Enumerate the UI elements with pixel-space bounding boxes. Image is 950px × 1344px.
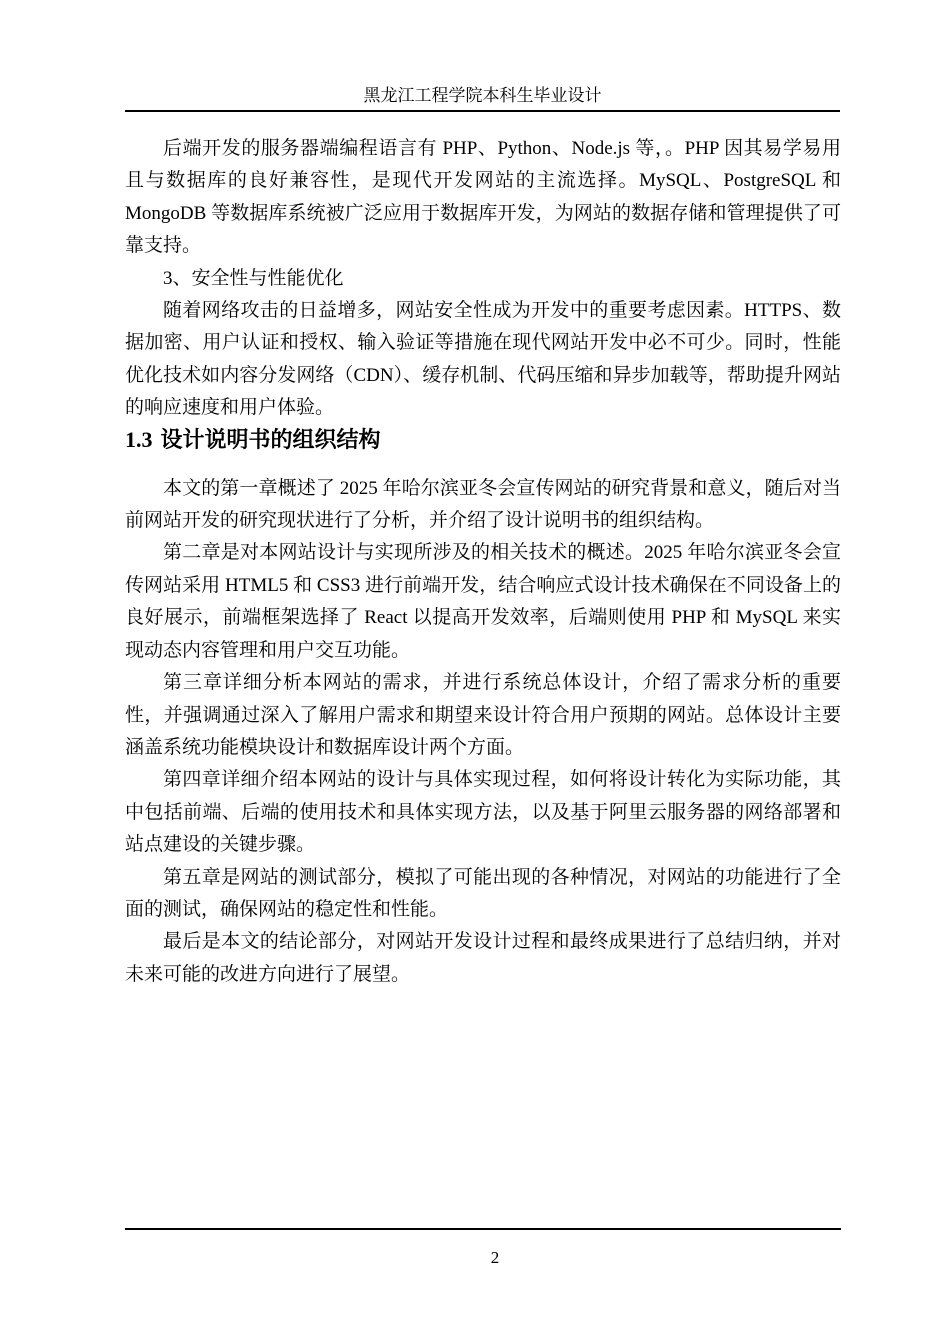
section-heading-title: 设计说明书的组织结构 [161, 427, 381, 452]
paragraph-backend-languages: 后端开发的服务器端编程语言有 PHP、Python、Node.js 等，。PHP… [125, 133, 841, 263]
paragraph-item3-security-title: 3、安全性与性能优化 [125, 263, 841, 295]
paragraph-chapter4-overview: 第四章详细介绍本网站的设计与具体实现过程，如何将设计转化为实际功能，其中包括前端… [125, 764, 841, 861]
paragraph-security-performance: 随着网络攻击的日益增多，网站安全性成为开发中的重要考虑因素。HTTPS、数据加密… [125, 295, 841, 425]
document-page: 黑龙江工程学院本科生毕业设计 后端开发的服务器端编程语言有 PHP、Python… [0, 0, 950, 1344]
paragraph-chapter2-overview: 第二章是对本网站设计与实现所涉及的相关技术的概述。2025 年哈尔滨亚冬会宣传网… [125, 537, 841, 667]
section-heading-number: 1.3 [125, 427, 153, 452]
document-body: 后端开发的服务器端编程语言有 PHP、Python、Node.js 等，。PHP… [125, 133, 841, 991]
page-header-title: 黑龙江工程学院本科生毕业设计 [364, 86, 602, 105]
paragraph-chapter1-overview: 本文的第一章概述了 2025 年哈尔滨亚冬会宣传网站的研究背景和意义，随后对当前… [125, 473, 841, 538]
page-number: 2 [40, 1247, 950, 1269]
footer-rule [125, 1228, 841, 1230]
paragraph-chapter3-overview: 第三章详细分析本网站的需求，并进行系统总体设计，介绍了需求分析的重要性，并强调通… [125, 667, 841, 764]
paragraph-conclusion-overview: 最后是本文的结论部分，对网站开发设计过程和最终成果进行了总结归纳，并对未来可能的… [125, 926, 841, 991]
section-heading: 1.3设计说明书的组织结构 [125, 425, 841, 455]
paragraph-chapter5-overview: 第五章是网站的测试部分，模拟了可能出现的各种情况，对网站的功能进行了全面的测试，… [125, 862, 841, 927]
page-header: 黑龙江工程学院本科生毕业设计 [125, 86, 840, 112]
